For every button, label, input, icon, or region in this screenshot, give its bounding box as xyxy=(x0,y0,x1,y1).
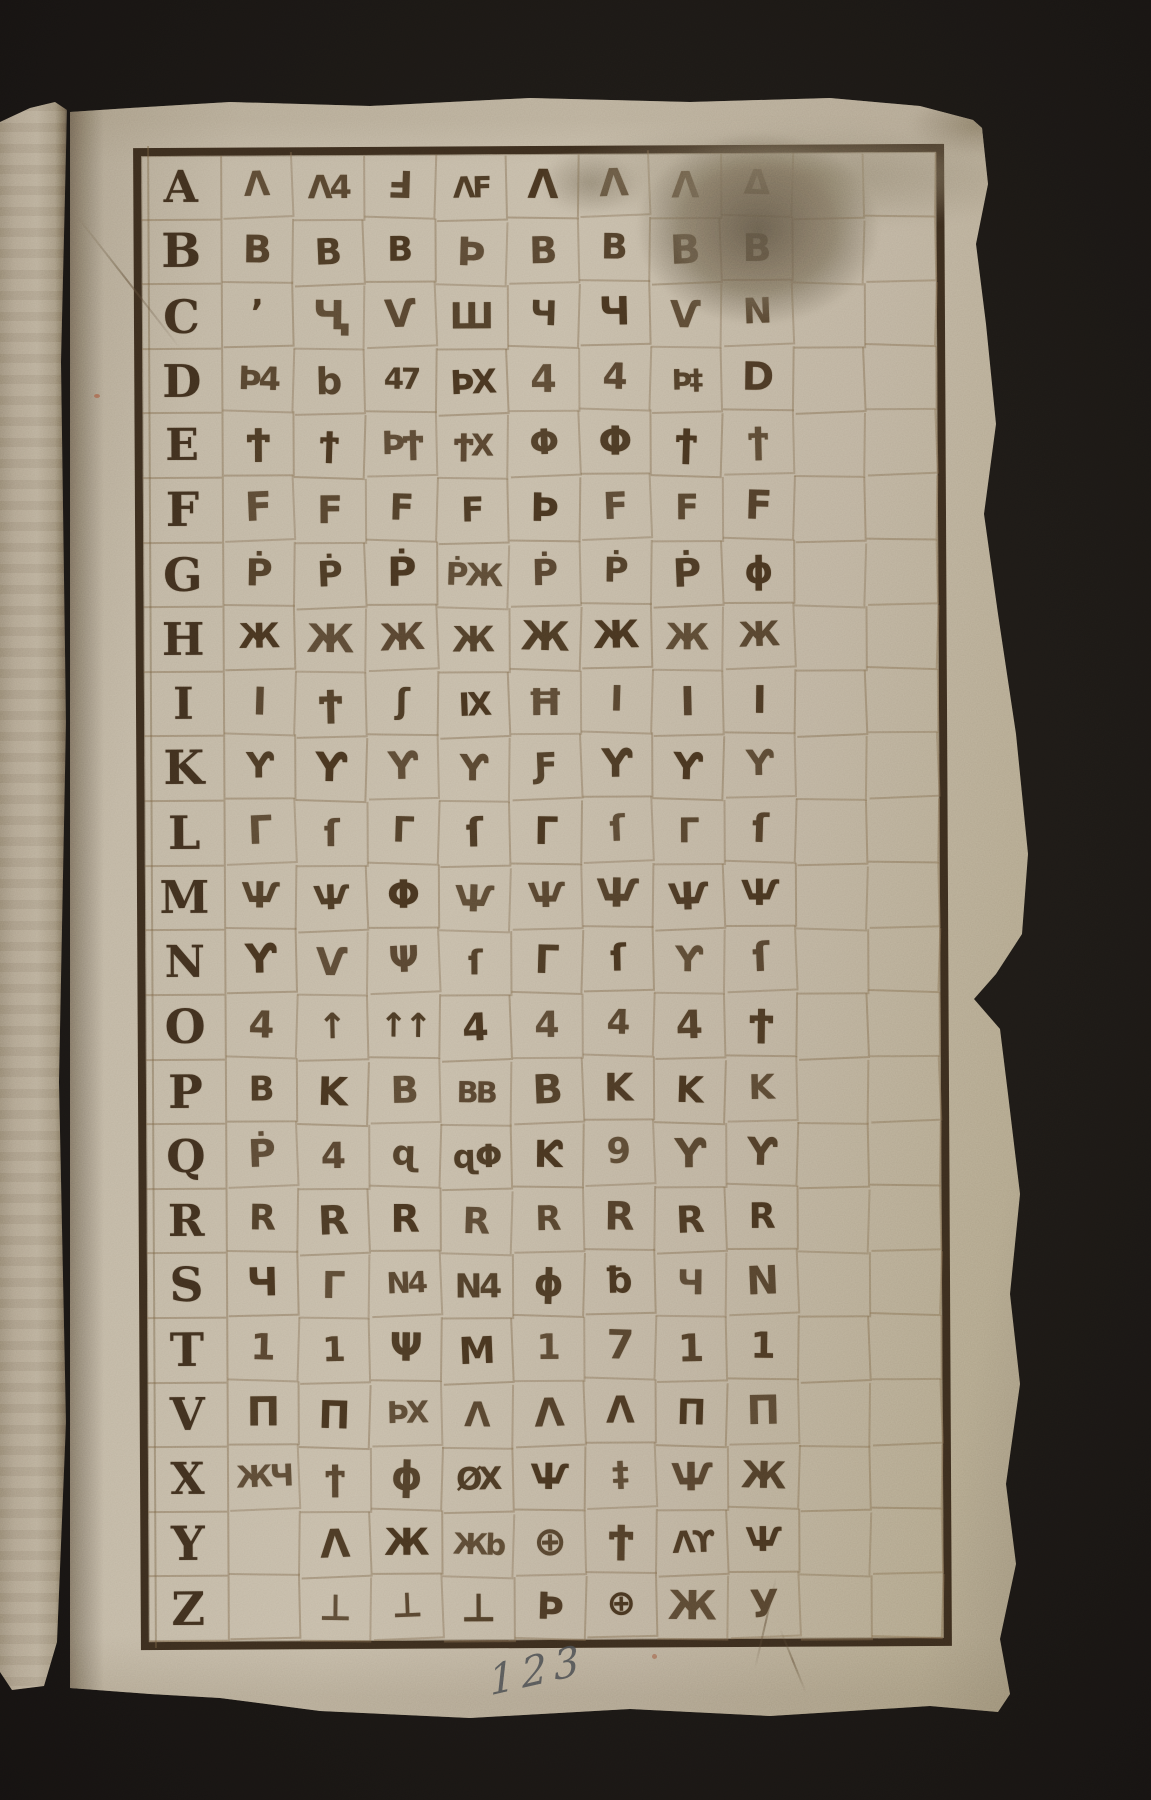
rune-variant-cell: Ϯ xyxy=(223,412,295,477)
manuscript-scan: AΛΛ4ℲΛϜΛΛΛΔBBBBÞBBBBCʼҶѴШЧЧѴNDÞ4b47ÞX44Þ… xyxy=(0,0,1151,1800)
rune-variant-cell: Ѱ xyxy=(583,862,655,927)
latin-letter-cell: S xyxy=(147,1254,228,1319)
rune-variant-cell: Ṗ xyxy=(367,541,439,606)
rune-variant-cell: Ж xyxy=(366,605,440,672)
rune-variant-cell xyxy=(229,1510,301,1575)
rune-variant-cell: Ṗ xyxy=(294,542,368,609)
rune-variant-cell: Ṗ xyxy=(509,541,582,607)
rune-variant-cell: Ϝ xyxy=(295,479,367,544)
rune-variant-cell: Ж xyxy=(723,603,797,670)
rune-variant-cell: Ѵ xyxy=(364,282,438,349)
rune-variant-cell xyxy=(794,284,866,349)
rune-variant-cell: Ϝ xyxy=(366,476,439,543)
rune-variant-cell: I xyxy=(653,670,726,736)
rune-variant-cell: Π xyxy=(229,1381,301,1446)
rune-variant-cell: B xyxy=(511,1057,585,1124)
rune-variant-cell: 4 xyxy=(579,344,652,411)
rune-variant-cell: Ƴ xyxy=(726,1120,799,1187)
rune-variant-cell: Ψ xyxy=(371,1316,443,1381)
rune-variant-cell: Λ xyxy=(507,154,579,219)
rune-variant-cell: B xyxy=(222,218,294,283)
rune-variant-cell: 1 xyxy=(728,1314,800,1379)
rune-variant-cell xyxy=(865,280,938,347)
rune-variant-cell: Ж xyxy=(728,1443,801,1510)
rune-variant-cell xyxy=(798,1059,870,1124)
rune-variant-cell: 47 xyxy=(366,347,438,412)
rune-variant-cell: Γ xyxy=(511,928,584,995)
rune-variant-cell: Δ xyxy=(721,151,794,218)
rune-variant-cell: 4 xyxy=(299,1125,371,1190)
rune-variant-cell: Ϝ xyxy=(723,474,796,541)
rune-variant-cell: BB xyxy=(441,1060,513,1125)
rune-variant-cell xyxy=(866,346,938,411)
rune-variant-cell xyxy=(800,1510,873,1577)
rune-variant-cell: 1 xyxy=(656,1316,729,1382)
rune-variant-cell: Ƴ xyxy=(656,1123,728,1188)
rune-variant-cell: ↑ xyxy=(297,995,370,1061)
rune-variant-cell: Γ xyxy=(368,799,441,866)
rune-variant-cell: Λ xyxy=(221,152,295,219)
rune-variant-cell xyxy=(793,218,866,285)
rune-variant-cell: Ϝ xyxy=(652,477,724,542)
rune-variant-cell: IX xyxy=(438,672,512,739)
latin-letter-cell: N xyxy=(145,931,226,996)
rune-variant-cell: Ƴ xyxy=(439,737,511,802)
rune-variant-cell: ſ xyxy=(297,802,369,867)
rune-variant-cell: I xyxy=(224,669,297,736)
rune-variant-cell xyxy=(796,736,868,801)
rune-variant-cell: 4 xyxy=(509,348,581,413)
rune-variant-cell: ⊥ xyxy=(371,1574,445,1641)
rune-variant-cell xyxy=(797,993,871,1060)
rune-variant-cell: ɸ xyxy=(371,1445,444,1512)
rune-variant-cell: Ѱ xyxy=(657,1446,729,1511)
rune-variant-cell: ÞX xyxy=(371,1380,444,1446)
rune-variant-cell: Ϯ xyxy=(586,1508,658,1573)
rune-variant-cell: ØX xyxy=(443,1448,516,1514)
rune-variant-cell: ſ xyxy=(440,931,512,996)
rune-variant-cell: Ж xyxy=(372,1510,444,1575)
rune-variant-cell: Ħ xyxy=(510,671,582,736)
rune-variant-cell: Φ xyxy=(369,864,441,929)
rune-variant-cell: Ṗ xyxy=(651,540,725,607)
rune-variant-cell: Ѵ xyxy=(297,931,369,996)
rune-variant-cell: Ϯ xyxy=(296,672,369,738)
rune-variant-cell xyxy=(866,603,939,670)
rune-variant-cell xyxy=(229,1574,302,1640)
rune-variant-cell xyxy=(797,930,869,995)
manuscript-page: AΛΛ4ℲΛϜΛΛΛΔBBBBÞBBBBCʼҶѴШЧЧѴNDÞ4b47ÞX44Þ… xyxy=(70,94,1036,1726)
rune-variant-cell: Þ‡ xyxy=(651,347,724,413)
latin-letter-cell: E xyxy=(142,414,223,479)
rune-variant-cell xyxy=(867,669,939,734)
rune-variant-cell: M xyxy=(441,1318,515,1385)
rune-variant-cell: Ϝ xyxy=(437,479,510,545)
rune-variant-cell: ɸ xyxy=(513,1251,586,1318)
rune-variant-cell: ϯ xyxy=(651,412,724,479)
rune-variant-cell: ‡ xyxy=(585,1442,659,1509)
rune-variant-cell: 4 xyxy=(654,993,727,1059)
rune-variant-cell: 4 xyxy=(512,994,584,1059)
rune-variant-cell: Ⅎ xyxy=(364,153,437,220)
rune-variant-cell: ɋ xyxy=(369,1122,442,1189)
rune-variant-cell: R xyxy=(441,1189,514,1256)
rune-variant-cell: B xyxy=(650,217,724,284)
latin-letter-cell: G xyxy=(143,543,224,608)
rune-variant-cell: ↑↑ xyxy=(369,993,441,1058)
rune-variant-cell: Ƴ xyxy=(226,928,299,994)
rune-variant-cell: Ҷ xyxy=(294,285,366,350)
rune-variant-cell: N xyxy=(721,280,795,347)
rune-variant-cell: ɸ xyxy=(724,539,796,604)
rune-variant-cell: Ϝ xyxy=(580,473,654,540)
rune-variant-cell: 1 xyxy=(299,1318,372,1384)
rune-variant-cell: R xyxy=(298,1188,372,1255)
rune-variant-cell: N4 xyxy=(442,1255,514,1320)
rune-variant-cell: Ψ xyxy=(368,928,442,995)
rune-variant-cell: 4 xyxy=(583,990,656,1057)
rune-variant-cell: Φ xyxy=(508,411,582,478)
adjacent-page-edge xyxy=(0,102,67,1690)
rune-variant-cell xyxy=(866,475,938,540)
rune-variant-cell: Π xyxy=(728,1379,801,1445)
rune-variant-cell: K xyxy=(584,1056,656,1121)
rune-variant-cell xyxy=(866,539,939,605)
rune-variant-cell: ϯ xyxy=(294,413,367,480)
rune-variant-cell: ʃ xyxy=(367,670,439,735)
rune-variant-cell xyxy=(794,541,867,608)
rune-variant-cell: B xyxy=(293,219,367,286)
rune-variant-cell: R xyxy=(227,1187,299,1252)
rune-variant-cell: B xyxy=(579,216,651,281)
rune-variant-cell: K xyxy=(654,1058,727,1125)
rune-variant-cell: Жb xyxy=(443,1512,516,1579)
rune-variant-cell: ÞX xyxy=(436,349,510,416)
rune-variant-cell xyxy=(868,1055,942,1122)
rune-variant-cell: ΛϜ xyxy=(436,156,509,222)
rune-variant-cell: Λ xyxy=(578,150,652,217)
latin-letter-cell: V xyxy=(148,1383,229,1448)
rune-variant-cell xyxy=(794,412,866,477)
rune-variant-cell xyxy=(798,1123,871,1189)
rune-variant-cell: R xyxy=(727,1185,799,1250)
rune-variant-cell xyxy=(870,1185,943,1251)
rune-variant-cell xyxy=(871,1315,943,1380)
rune-variant-cell: Ч xyxy=(227,1251,300,1317)
rune-variant-cell xyxy=(869,992,941,1057)
rune-variant-cell: Ч xyxy=(508,282,581,349)
rune-variant-cell: Ѱ xyxy=(511,864,584,930)
rune-variant-cell: ÞϮ xyxy=(366,411,439,477)
rune-variant-cell: Ƴ xyxy=(654,929,726,994)
rune-variant-cell: 1 xyxy=(227,1315,300,1382)
rune-variant-cell: R xyxy=(655,1187,729,1254)
rune-variant-cell: B xyxy=(507,218,580,284)
latin-letter-cell: H xyxy=(143,608,224,673)
rune-variant-cell: Ч xyxy=(579,280,652,346)
rune-variant-cell: Λ4 xyxy=(294,156,366,221)
rune-variant-cell: ɋΦ xyxy=(441,1125,514,1191)
rune-variant-cell: ϮX xyxy=(437,414,509,479)
rune-variant-cell: Ƴ xyxy=(582,733,654,798)
latin-letter-cell: Y xyxy=(148,1512,229,1577)
rune-variant-cell: ʼ xyxy=(222,282,295,348)
latin-letter-cell: L xyxy=(144,802,225,867)
rune-variant-cell: 9 xyxy=(583,1119,657,1186)
rune-variant-cell xyxy=(799,1253,871,1318)
rune-variant-cell: 4 xyxy=(440,995,514,1062)
rune-variant-cell xyxy=(795,670,869,737)
rune-variant-cell: ƀ xyxy=(584,1249,657,1315)
rune-variant-cell xyxy=(870,1249,943,1316)
rune-variant-cell: Ж xyxy=(439,608,511,673)
rune-variant-cell xyxy=(796,800,869,866)
rune-variant-cell: Ѵ xyxy=(651,283,723,348)
latin-letter-cell: I xyxy=(144,673,225,738)
rune-variant-cell xyxy=(800,1446,873,1512)
rune-variant-cell: Ж xyxy=(509,605,582,672)
rune-variant-cell: Γ xyxy=(299,1254,371,1319)
rune-variant-cell xyxy=(868,926,941,993)
latin-letter-cell: T xyxy=(147,1319,228,1384)
latin-letter-cell: F xyxy=(143,479,224,544)
latin-letter-cell: B xyxy=(141,220,222,285)
rune-variant-cell: K xyxy=(726,1056,799,1122)
rune-variant-cell: Ѱ xyxy=(439,866,512,933)
rune-variant-cell: Ѱ xyxy=(226,864,298,929)
latin-letter-cell: Z xyxy=(149,1577,230,1642)
rune-variant-cell: У xyxy=(728,1572,802,1639)
rune-variant-cell xyxy=(864,216,937,282)
rune-variant-cell xyxy=(865,409,939,476)
rune-variant-cell xyxy=(871,1572,944,1639)
rune-variant-cell: B xyxy=(369,1057,442,1123)
rune-variant-cell: Π xyxy=(299,1383,372,1450)
rune-variant-cell: Ṗ xyxy=(581,539,653,604)
rune-variant-cell: R xyxy=(584,1185,656,1250)
binding-shadow xyxy=(70,94,104,1726)
rune-variant-cell xyxy=(801,1576,873,1641)
rune-variant-cell: Ж xyxy=(653,606,725,671)
rune-variant-cell: N4 xyxy=(370,1251,444,1318)
rune-variant-cell: Ш xyxy=(437,285,509,350)
rune-variant-cell: ſ xyxy=(725,797,798,864)
latin-letter-cell: K xyxy=(144,737,225,802)
rune-variant-cell: Ч xyxy=(656,1252,728,1317)
rune-variant-cell xyxy=(870,1121,942,1186)
rune-variant-cell: Ƴ xyxy=(296,737,369,804)
rune-variant-cell: Λ xyxy=(442,1383,514,1448)
rune-variant-cell: 1 xyxy=(514,1317,586,1382)
rune-variant-cell: R xyxy=(370,1187,442,1252)
rune-variant-cell xyxy=(868,798,940,863)
rune-variant-cell xyxy=(870,1378,944,1445)
rune-variant-cell: Ϯ xyxy=(726,991,798,1056)
rune-variant-cell: Þ xyxy=(436,220,509,287)
rune-variant-cell xyxy=(871,1444,943,1509)
latin-letter-cell: P xyxy=(146,1060,227,1125)
rune-variant-cell: I xyxy=(581,667,654,734)
rune-variant-cell: I xyxy=(724,668,796,733)
latin-letter-cell: R xyxy=(147,1189,228,1254)
rune-variant-cell: K xyxy=(297,1060,370,1127)
rune-variant-cell: B xyxy=(365,218,437,283)
rune-variant-cell: Ṗ xyxy=(226,1121,300,1188)
rune-variant-cell: ⊥ xyxy=(444,1578,516,1643)
rune-variant-cell: Λ xyxy=(513,1380,587,1447)
latin-letter-cell: Q xyxy=(146,1125,227,1190)
rune-variant-cell: Λ xyxy=(651,154,723,219)
rune-variant-cell: N xyxy=(727,1249,801,1316)
rune-variant-cell: ſ xyxy=(725,926,799,993)
latin-letter-cell: D xyxy=(142,349,223,414)
rune-variant-cell: Ѱ xyxy=(514,1446,586,1511)
red-speck xyxy=(652,1654,657,1659)
rune-variant-cell: ЖЧ xyxy=(228,1444,302,1511)
rune-variant-cell: Ƴ xyxy=(367,734,440,800)
rune-variant-cell: Ѱ xyxy=(729,1508,801,1573)
rune-variant-cell: Γ xyxy=(224,798,298,865)
rune-variant-cell xyxy=(793,154,866,220)
rune-variant-cell: B xyxy=(722,216,794,281)
rune-variant-cell xyxy=(871,1508,944,1574)
rune-variant-cell: Ƙ xyxy=(513,1123,585,1188)
latin-letter-cell: M xyxy=(145,866,226,931)
rune-variant-cell xyxy=(793,347,867,414)
rune-variant-cell: D xyxy=(723,345,795,410)
rune-variant-cell: Þ xyxy=(509,477,581,542)
rune-variant-cell: 7 xyxy=(584,1314,657,1381)
rune-variant-cell xyxy=(798,1187,871,1254)
rune-variant-cell: ϯ xyxy=(723,409,796,475)
rune-variant-cell: Ṗ xyxy=(224,541,296,606)
rune-variant-cell: Π xyxy=(656,1381,729,1448)
rune-variant-cell: ſ xyxy=(583,926,656,992)
rune-variant-cell xyxy=(796,864,869,931)
rune-variant-cell: ϯ xyxy=(300,1448,372,1513)
rune-variant-cell xyxy=(864,152,936,217)
rune-variant-cell: Þ4 xyxy=(222,346,295,413)
rune-variant-cell: Ж xyxy=(658,1575,730,1640)
rune-variant-cell xyxy=(868,862,941,928)
rune-variant-cell: Λ xyxy=(300,1511,374,1578)
rune-variant-cell: Ѱ xyxy=(296,865,370,932)
rune-variant-cell: Ѱ xyxy=(653,864,727,931)
rune-variant-cell: B xyxy=(227,1058,299,1123)
rune-variant-cell: b xyxy=(294,349,367,415)
rune-variant-cell: Ж xyxy=(581,603,654,669)
rune-variant-cell: Λϒ xyxy=(657,1510,731,1577)
latin-letter-cell: O xyxy=(146,996,227,1061)
rune-variant-cell: ⊕ xyxy=(586,1572,659,1638)
rune-variant-cell: Ƴ xyxy=(653,735,726,802)
rune-variant-cell: Ƴ xyxy=(225,735,297,800)
rune-variant-cell xyxy=(798,1316,872,1383)
rune-variant-cell: Φ xyxy=(580,410,652,475)
rune-variant-cell: ⊕ xyxy=(514,1510,587,1576)
rune-variant-cell: Ж xyxy=(296,608,368,673)
rune-variant-cell: 4 xyxy=(226,992,299,1059)
rune-variant-cell: Ƒ xyxy=(510,734,584,801)
rune-variant-cell xyxy=(867,732,941,799)
latin-letter-cell: X xyxy=(148,1448,229,1513)
rune-variant-cell xyxy=(799,1382,871,1447)
latin-letter-cell: A xyxy=(141,156,222,221)
rune-variant-cell: Ϝ xyxy=(223,475,297,542)
rune-variant-cell xyxy=(794,477,867,543)
rune-variant-cell: R xyxy=(513,1187,586,1253)
rune-variant-cell: Ƴ xyxy=(724,733,797,799)
rune-variant-cell: Λ xyxy=(586,1379,658,1444)
rune-alphabet-table: AΛΛ4ℲΛϜΛΛΛΔBBBBÞBBBBCʼҶѴШЧЧѴNDÞ4b47ÞX44Þ… xyxy=(133,144,952,1650)
rune-variant-cell: Ѱ xyxy=(726,862,798,927)
rune-variant-cell: Γ xyxy=(654,800,726,865)
red-speck xyxy=(94,394,100,398)
rune-variant-cell: ſ xyxy=(581,796,655,863)
rune-variant-cell: ſ xyxy=(439,802,512,868)
rune-variant-cell: ṖЖ xyxy=(437,543,510,610)
rune-variant-cell: Γ xyxy=(511,800,583,865)
rune-variant-cell: ⊥ xyxy=(301,1577,373,1642)
rune-variant-cell: Þ xyxy=(514,1574,587,1641)
rune-variant-cell: Ж xyxy=(224,605,297,671)
rune-variant-cell xyxy=(796,607,868,672)
